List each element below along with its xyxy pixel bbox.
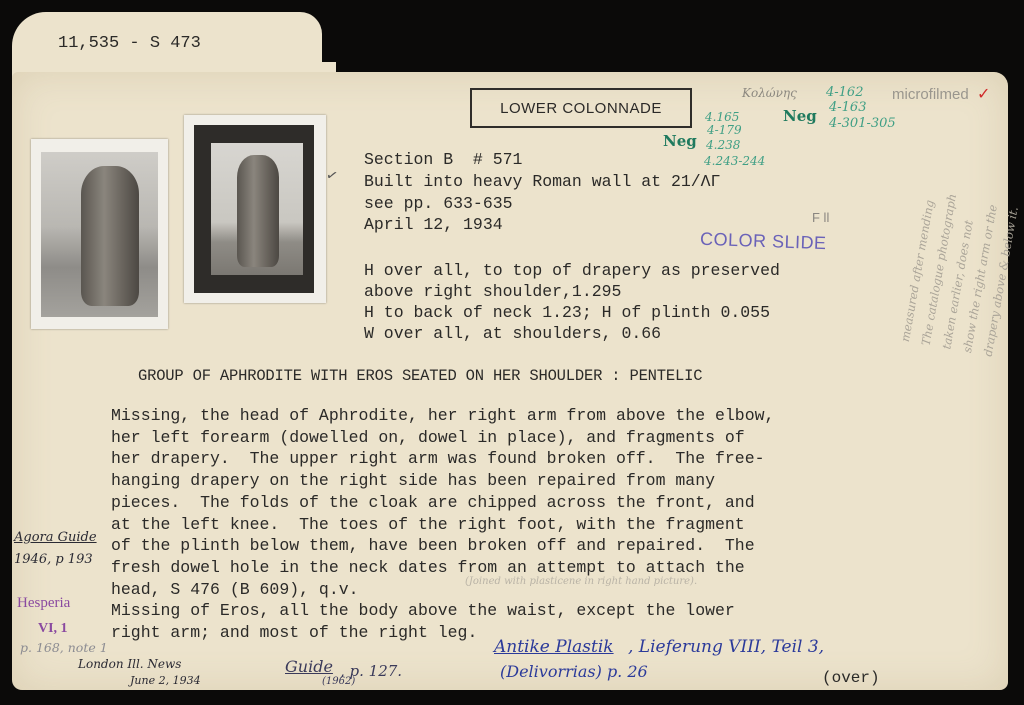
section-line: Section B # 571: [364, 149, 522, 171]
neg-number: 4.165: [705, 110, 739, 124]
location-stamp-text: LOWER COLONNADE: [500, 100, 662, 117]
statue-figure: [237, 155, 279, 267]
hesperia-volume: VI, 1: [38, 621, 68, 637]
statue-figure: [81, 166, 139, 306]
neg-number: 4-163: [829, 100, 866, 115]
description-line: Missing of Eros, all the body above the …: [111, 600, 774, 622]
location-stamp: LOWER COLONNADE: [470, 88, 692, 128]
location-line: Built into heavy Roman wall at 21/ΛΓ: [364, 171, 720, 193]
agora-guide-ref: 1946, p 193: [14, 552, 93, 567]
description-line: pieces. The folds of the cloak are chipp…: [111, 492, 774, 514]
description-line: Missing, the head of Aphrodite, her righ…: [111, 405, 774, 427]
guide-page: , p. 127.: [340, 662, 402, 680]
agora-guide-note: Agora Guide: [14, 530, 97, 545]
measurement-line: W over all, at shoulders, 0.66: [364, 323, 661, 345]
date-line: April 12, 1934: [364, 214, 503, 236]
lieferung-note: , Lieferung VIII, Teil 3,: [628, 637, 824, 657]
neg-number: 4-179: [707, 123, 742, 137]
description-line: of the plinth below them, have been brok…: [111, 535, 774, 557]
red-check-mark-icon: ✓: [977, 84, 990, 103]
greek-note: Κολώνης: [742, 86, 797, 100]
description-line: hanging drapery on the right side has be…: [111, 470, 774, 492]
photo-image: [41, 152, 158, 317]
delivorrias-note: (Delivorrias) p. 26: [500, 662, 648, 681]
neg-label-left: Neg: [663, 132, 697, 150]
f-mark: F ll: [812, 210, 829, 225]
neg-label-right: Neg: [783, 107, 817, 125]
card-id-label: 11,535 - S 473: [58, 33, 201, 55]
pages-line: see pp. 633-635: [364, 193, 513, 215]
guide-note: Guide: [285, 657, 333, 676]
photo-statue-mounted[interactable]: [184, 115, 326, 303]
photo-statue-torso[interactable]: [31, 139, 168, 329]
photo-image: [211, 143, 303, 275]
neg-number: 4.243-244: [704, 154, 765, 168]
antike-plastik-note: Antike Plastik: [494, 637, 614, 657]
color-slide-stamp: COLOR SLIDE: [700, 229, 827, 254]
faint-inline-note: (Joined with plasticene in right hand pi…: [465, 576, 697, 587]
description-line: her drapery. The upper right arm was fou…: [111, 448, 774, 470]
description: Missing, the head of Aphrodite, her righ…: [111, 405, 774, 644]
london-news-note: London Ill. News: [78, 657, 181, 671]
neg-number: 4-301-305: [829, 116, 896, 131]
photo-mount: [194, 125, 314, 293]
description-line: her left forearm (dowelled on, dowel in …: [111, 427, 774, 449]
neg-number: 4-162: [826, 85, 863, 100]
object-title: GROUP OF APHRODITE WITH EROS SEATED ON H…: [138, 366, 702, 388]
over-label: (over): [822, 668, 880, 690]
microfilmed-stamp: microfilmed: [892, 86, 969, 103]
london-news-date: June 2, 1934: [130, 674, 201, 687]
description-line: at the left knee. The toes of the right …: [111, 514, 774, 536]
measurement-line: H over all, to top of drapery as preserv…: [364, 260, 780, 282]
neg-number: 4.238: [706, 138, 740, 152]
hesperia-stamp: Hesperia: [17, 595, 70, 612]
measurement-line: above right shoulder,1.295: [364, 281, 621, 303]
measurement-line: H to back of neck 1.23; H of plinth 0.05…: [364, 302, 770, 324]
hesperia-page-note: p. 168, note 1: [20, 640, 108, 655]
